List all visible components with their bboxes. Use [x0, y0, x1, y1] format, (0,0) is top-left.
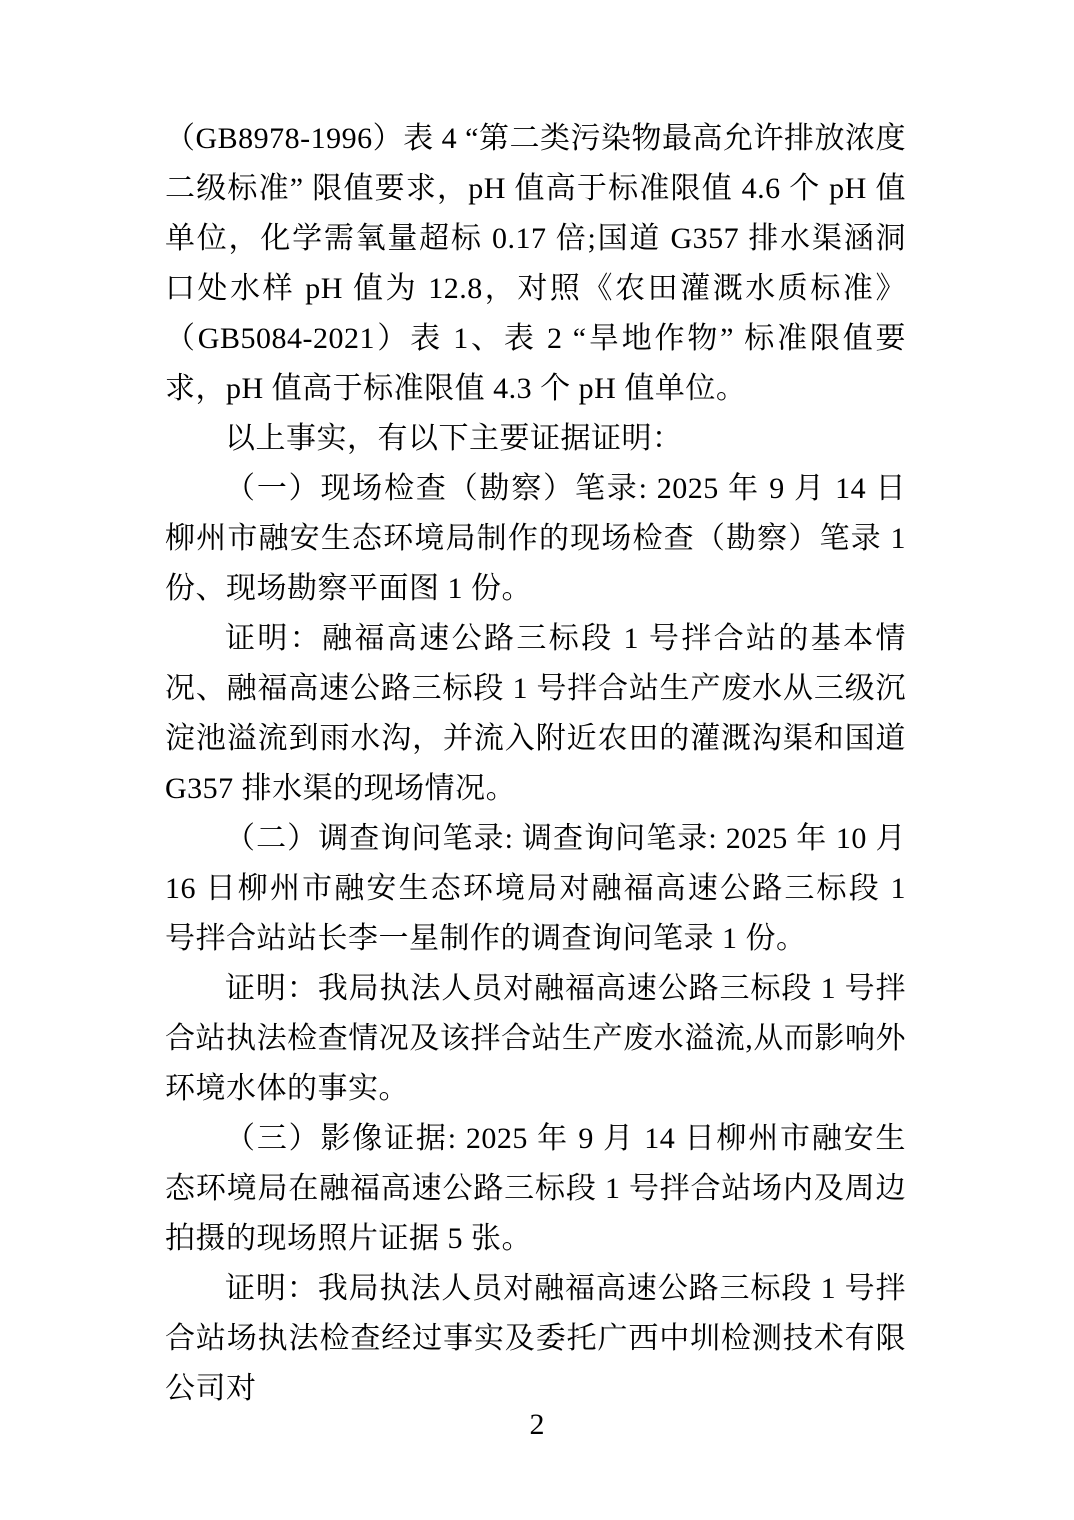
page-number: 2: [0, 1400, 1074, 1450]
paragraph-evidence-intro: 以上事实，有以下主要证据证明：: [165, 414, 906, 464]
paragraph-evidence-2-proof: 证明：我局执法人员对融福高速公路三标段 1 号拌合站执法检查情况及该拌合站生产废…: [165, 964, 906, 1114]
paragraph-evidence-1-proof: 证明：融福高速公路三标段 1 号拌合站的基本情况、融福高速公路三标段 1 号拌合…: [165, 614, 906, 814]
paragraph-evidence-1: （一）现场检查（勘察）笔录: 2025 年 9 月 14 日柳州市融安生态环境局…: [165, 464, 906, 614]
paragraph-evidence-3-proof: 证明：我局执法人员对融福高速公路三标段 1 号拌合站场执法检查经过事实及委托广西…: [165, 1264, 906, 1414]
document-page: （GB8978-1996）表 4 “第二类污染物最高允许排放浓度 二级标准” 限…: [0, 0, 1074, 1520]
document-body: （GB8978-1996）表 4 “第二类污染物最高允许排放浓度 二级标准” 限…: [165, 114, 906, 1414]
paragraph-evidence-3: （三）影像证据: 2025 年 9 月 14 日柳州市融安生态环境局在融福高速公…: [165, 1114, 906, 1264]
paragraph-evidence-2: （二）调查询问笔录: 调查询问笔录: 2025 年 10 月 16 日柳州市融安…: [165, 814, 906, 964]
paragraph-continuation: （GB8978-1996）表 4 “第二类污染物最高允许排放浓度 二级标准” 限…: [165, 114, 906, 414]
